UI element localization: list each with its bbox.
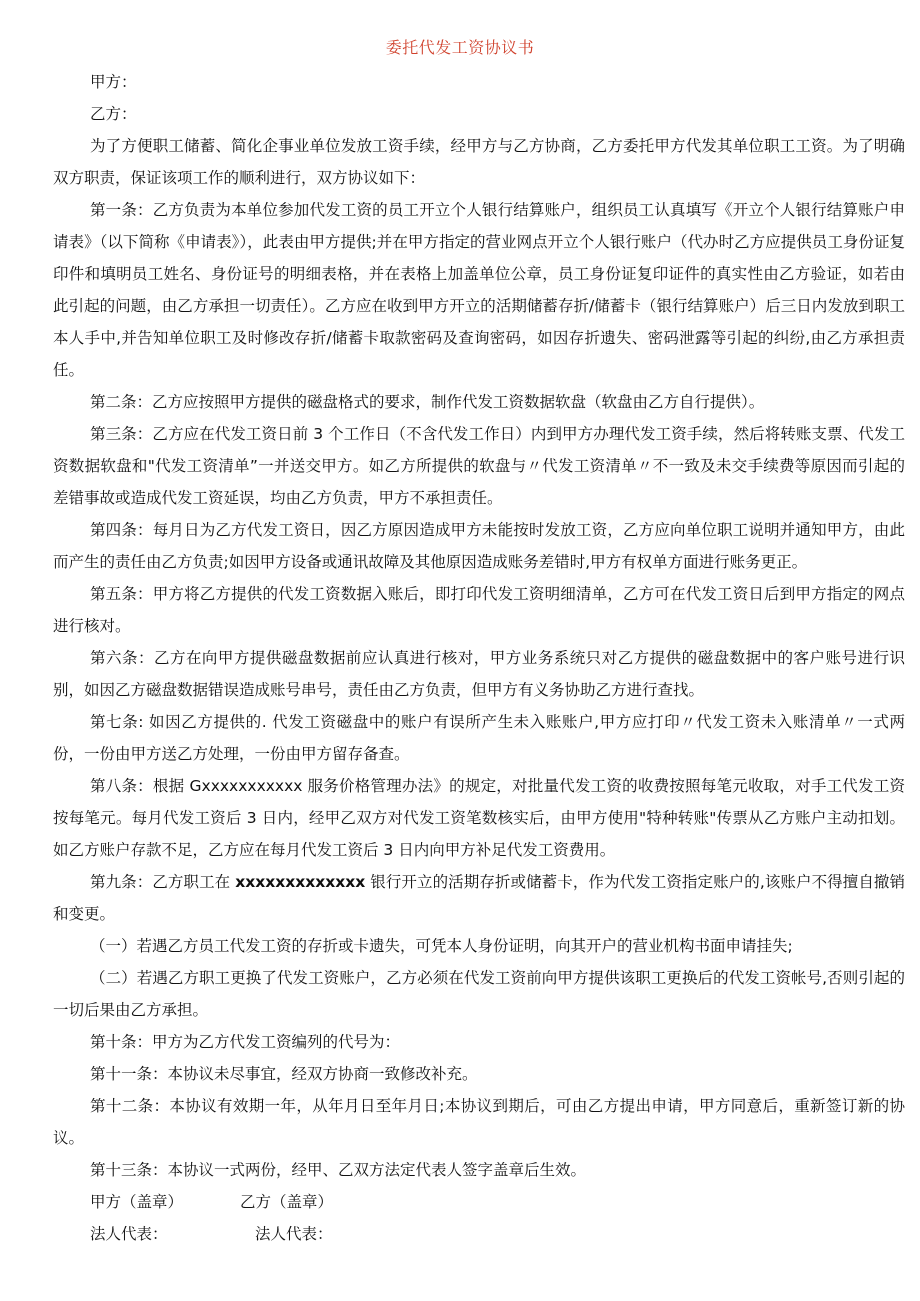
article-2: 第二条：乙方应按照甲方提供的磁盘格式的要求，制作代发工资数据软盘（软盘由乙方自行… [53, 386, 905, 418]
article-9-clause-1: （一）若遇乙方员工代发工资的存折或卡遗失，可凭本人身份证明，向其开户的营业机构书… [53, 930, 905, 962]
party-b-label: 乙方： [53, 98, 905, 130]
article-9-text-before: 第九条：乙方职工在 [90, 873, 235, 891]
preamble-paragraph: 为了方便职工储蓄、简化企事业单位发放工资手续，经甲方与乙方协商，乙方委托甲方代发… [53, 130, 905, 194]
party-a-legal-rep: 法人代表： [90, 1218, 255, 1250]
article-4: 第四条：每月日为乙方代发工资日，因乙方原因造成甲方未能按时发放工资，乙方应向单位… [53, 514, 905, 578]
party-b-legal-rep: 法人代表： [255, 1218, 333, 1250]
bank-name-placeholder: xxxxxxxxxxxxx [235, 873, 365, 891]
party-a-label: 甲方： [53, 66, 905, 98]
article-8: 第八条：根据 Gxxxxxxxxxxx 服务价格管理办法》的规定，对批量代发工资… [53, 770, 905, 866]
signature-rep-row: 法人代表：法人代表： [53, 1218, 905, 1250]
document-page: 委托代发工资协议书 甲方： 乙方： 为了方便职工储蓄、简化企事业单位发放工资手续… [0, 0, 920, 1301]
article-6: 第六条：乙方在向甲方提供磁盘数据前应认真进行核对，甲方业务系统只对乙方提供的磁盘… [53, 642, 905, 706]
document-title: 委托代发工资协议书 [0, 36, 920, 60]
party-a-seal: 甲方（盖章） [90, 1186, 240, 1218]
article-7: 第七条: 如因乙方提供的. 代发工资磁盘中的账户有误所产生未入账账户,甲方应打印… [53, 706, 905, 770]
article-12: 第十二条：本协议有效期一年，从年月日至年月日;本协议到期后，可由乙方提出申请，甲… [53, 1090, 905, 1154]
article-13: 第十三条：本协议一式两份，经甲、乙双方法定代表人签字盖章后生效。 [53, 1154, 905, 1186]
article-9-clause-2: （二）若遇乙方职工更换了代发工资账户，乙方必须在代发工资前向甲方提供该职工更换后… [53, 962, 905, 1026]
party-b-seal: 乙方（盖章） [240, 1186, 333, 1218]
article-5: 第五条：甲方将乙方提供的代发工资数据入账后，即打印代发工资明细清单，乙方可在代发… [53, 578, 905, 642]
article-9: 第九条：乙方职工在 xxxxxxxxxxxxx 银行开立的活期存折或储蓄卡，作为… [53, 866, 905, 930]
article-11: 第十一条：本协议未尽事宜，经双方协商一致修改补充。 [53, 1058, 905, 1090]
signature-seal-row: 甲方（盖章）乙方（盖章） [53, 1186, 905, 1218]
document-body: 甲方： 乙方： 为了方便职工储蓄、简化企事业单位发放工资手续，经甲方与乙方协商，… [53, 66, 905, 1250]
article-1: 第一条：乙方负责为本单位参加代发工资的员工开立个人银行结算账户，组织员工认真填写… [53, 194, 905, 386]
article-10: 第十条：甲方为乙方代发工资编列的代号为： [53, 1026, 905, 1058]
article-3: 第三条：乙方应在代发工资日前 3 个工作日（不含代发工作日）内到甲方办理代发工资… [53, 418, 905, 514]
